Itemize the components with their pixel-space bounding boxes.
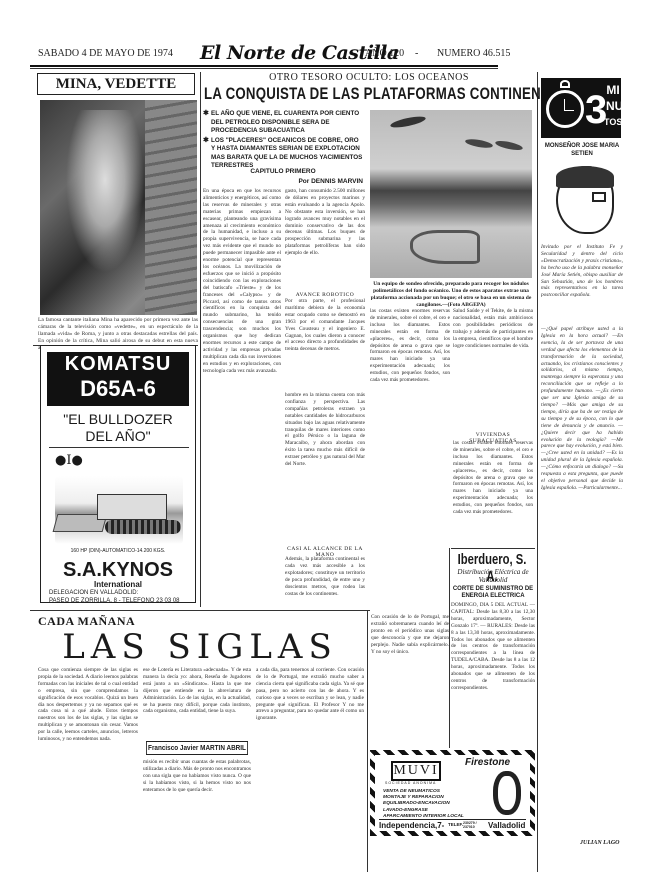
portrait-glasses — [592, 192, 606, 202]
bullet-item: LOS "PLACERES" OCEANICOS DE COBRE, ORO Y… — [203, 137, 363, 171]
float-device — [465, 138, 494, 150]
subtitle-line-2: Valladolid — [451, 576, 535, 584]
dealer-address: DELEGACION EN VALLADOLID: PASEO DE ZORRI… — [49, 589, 195, 605]
article-column-4: las costas existen enormes reservas de m… — [370, 308, 450, 533]
clock-bell-icon — [560, 80, 570, 88]
article-column-5: Salud Saúde y el Tekite, de la misma nac… — [453, 308, 533, 428]
tres-nu: NU — [606, 100, 620, 112]
clock-hand — [564, 110, 574, 111]
komatsu-emblem-icon: ●I● — [55, 454, 83, 467]
cada-column-2b: misión es recibir unas cuantas de estas … — [143, 759, 251, 872]
iberduero-body: DOMINGO, DIA 5 DEL ACTUAL — CAPITAL: Des… — [451, 602, 535, 742]
muvi-phones: 230279 / 237010 — [463, 821, 485, 829]
muvi-logo-sub: SOCIEDAD ANONIMA — [385, 781, 436, 785]
tres-mi: MI — [606, 84, 620, 96]
komatsu-brand: KOMATSU — [47, 352, 189, 376]
ad-divider — [379, 819, 526, 820]
cada-column-4: Con ocasión de lo de Portugal, me extrañ… — [371, 614, 449, 744]
section-rule — [30, 610, 370, 611]
article-byline: Por DENNIS MARVIN — [203, 178, 363, 185]
masthead-date: SABADO 4 DE MAYO DE 1974 — [38, 48, 173, 59]
column-author: Francisco Javier MARTIN ABRIL — [146, 741, 248, 755]
ocean-equipment-photo — [370, 110, 532, 278]
bulldozer-tracks — [105, 520, 181, 534]
slogan-line-1: "EL BULLDOZER — [41, 411, 195, 428]
iberduero-heading: CORTE DE SUMINISTRO DE ENERGIA ELECTRICA — [451, 586, 535, 600]
tres-minutos-logo: 3 MI NU TOS — [541, 78, 621, 138]
cada-column-2: ese de Lotería es Literatura «adecuada».… — [143, 667, 251, 739]
notice-rule — [451, 548, 535, 549]
bulldozer-illustration — [55, 476, 183, 544]
interview-intro: Invitado por el Instituto Fe y Secularid… — [541, 244, 623, 326]
komatsu-logo-block: KOMATSU D65A-6 — [47, 352, 189, 406]
tres-tos: TOS — [604, 116, 620, 128]
heading-line-2: ENERGIA ELECTRICA — [451, 593, 535, 600]
muvi-logo: MUVI — [391, 761, 441, 781]
column-divider — [200, 72, 201, 607]
tire-icon — [493, 771, 521, 815]
article-column-3: hombre en la misma cuenta con más confia… — [285, 392, 365, 542]
column-title: LAS SIGLAS — [30, 628, 370, 666]
cada-column-1: Cosa que comienza siempre de las siglas … — [38, 667, 138, 872]
photo-wall — [145, 100, 197, 315]
portrait-hair — [556, 166, 614, 188]
column-divider — [449, 548, 450, 748]
vedette-figure — [50, 110, 160, 310]
column-signature: JULIAN LAGO — [580, 840, 620, 846]
komatsu-ad[interactable]: KOMATSU D65A-6 "EL BULLDOZER DEL AÑO" ●I… — [40, 345, 196, 603]
float-device — [495, 139, 524, 152]
article-headline: LA CONQUISTA DE LAS PLATAFORMAS CONTINEN… — [204, 84, 532, 104]
dealer-sub: International — [41, 580, 195, 589]
interviewee-name: MONSEÑOR JOSE MARIA SETIEN — [541, 142, 623, 158]
muvi-ad-inner: MUVI SOCIEDAD ANONIMA Firestone VENTA DE… — [375, 755, 530, 831]
column-divider — [367, 610, 368, 872]
address-line-2: PASEO DE ZORRILLA, 8 - TELEFONO 23 03 08 — [49, 597, 195, 605]
heading-line-1: CORTE DE SUMINISTRO DE — [451, 586, 535, 593]
dealer-name: S.A.KYNOS — [41, 559, 195, 581]
feature-title: MINA, VEDETTE — [37, 73, 195, 95]
column-divider — [537, 72, 538, 872]
article-column-2: gasto, han consumido 2.500 millones de d… — [285, 188, 365, 288]
float-device — [390, 114, 427, 129]
vedette-photo — [40, 100, 197, 315]
muvi-city: Valladolid — [488, 821, 525, 830]
komatsu-model: D65A-6 — [47, 376, 189, 402]
slogan-line-2: DEL AÑO" — [41, 428, 195, 445]
address-line-1: DELEGACION EN VALLADOLID: — [49, 589, 195, 597]
article-column-2b: Por otra parte, el profesional marítimo … — [285, 298, 365, 390]
iberduero-subtitle: Distribución Eléctrica de Valladolid — [451, 568, 535, 584]
masthead-dash: - — [415, 48, 418, 59]
article-column-5b: las costas existen enormes reservas de m… — [453, 440, 533, 540]
dredge-sled — [410, 230, 480, 264]
muvi-phone-label: TELEF. — [448, 822, 463, 827]
muvi-services: VENTA DE NEUMATICOS MONTAJE Y REPARACION… — [383, 789, 478, 820]
article-kicker: OTRO TESORO OCULTO: LOS OCEANOS — [205, 72, 533, 83]
bullet-item: EL AÑO QUE VIENE, EL CUARENTA POR CIENTO… — [203, 110, 363, 136]
portrait-caricature — [548, 160, 623, 240]
muvi-firestone-ad[interactable]: MUVI SOCIEDAD ANONIMA Firestone VENTA DE… — [370, 750, 535, 836]
bulldozer-body — [97, 494, 167, 520]
ad-divider — [49, 447, 189, 448]
muvi-street: Independencia,7- — [379, 821, 444, 830]
masthead-rule-thin — [30, 68, 498, 69]
masthead-year: AÑO 120 — [365, 48, 404, 59]
alarm-clock-icon — [546, 90, 584, 128]
interview-body: —¿Qué papel atribuye usted a la Iglesia … — [541, 326, 623, 841]
article-bullets: EL AÑO QUE VIENE, EL CUARENTA POR CIENTO… — [203, 110, 363, 172]
article-column-3b: Además, la plataforma continental es cad… — [285, 556, 365, 608]
firestone-brand: Firestone — [465, 757, 510, 768]
subtitle-line-1: Distribución Eléctrica de — [451, 568, 535, 576]
cada-column-3: a cada día, para tenernos al corriente. … — [256, 667, 364, 872]
masthead-rule — [30, 65, 498, 67]
komatsu-spec: 160 HP (DIN)-AUTOMATICO-14.200 KGS. — [41, 548, 195, 554]
masthead-issue-number: NUMERO 46.515 — [437, 48, 510, 59]
ocean-photo-caption: Un equipo de sondeo ofrecido, preparado … — [368, 281, 534, 309]
article-column-1: En una época en que los recursos aliment… — [203, 188, 281, 608]
komatsu-slogan: "EL BULLDOZER DEL AÑO" — [41, 411, 195, 445]
article-chapter: CAPITULO PRIMERO — [203, 168, 363, 175]
